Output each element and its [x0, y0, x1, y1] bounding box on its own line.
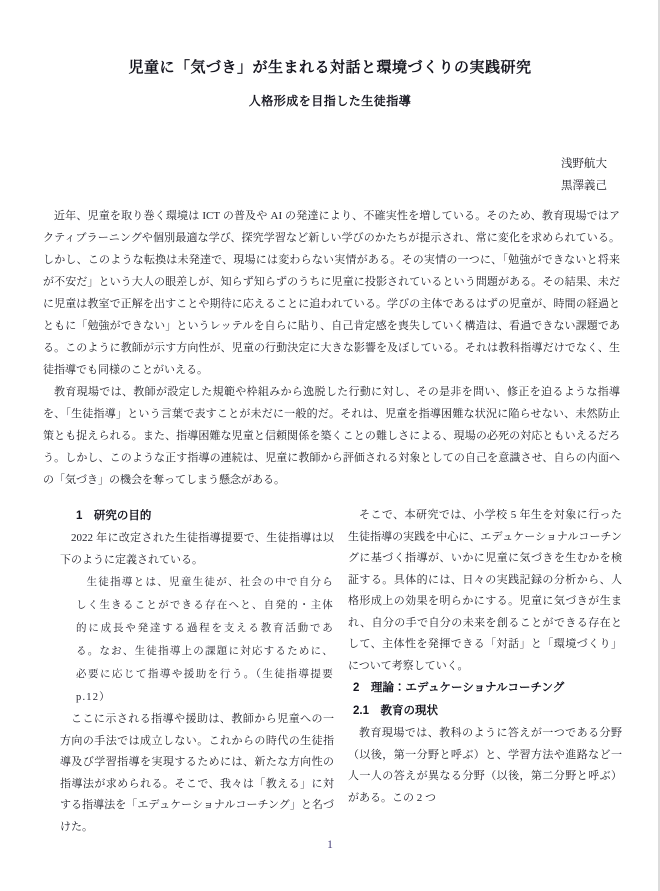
paper-page: 児童に「気づき」が生まれる対話と環境づくりの実践研究 人格形成を目指した生徒指導… — [0, 0, 660, 891]
page-number: 1 — [0, 839, 660, 851]
body-paragraph: 2022 年に改定された生徒指導提要で、生徒指導は以下のように定義されている。 — [60, 528, 334, 571]
body-paragraph: ここに示される指導や援助は、教師から児童への一方向の手法では成立しない。これから… — [60, 709, 334, 838]
left-column: 1 研究の目的 2022 年に改定された生徒指導提要で、生徒指導は以下のように定… — [60, 505, 334, 838]
body-paragraph: 教育現場では、教科のように答えが一つである分野（以後，第一分野と呼ぶ）と、学習方… — [348, 723, 622, 809]
intro-paragraph: 教育現場では、教師が設定した規範や枠組みから逸脱した行動に対し、その是非を問い、… — [43, 381, 620, 491]
section-heading-2: 2 理論：エデュケーショナルコーチング — [348, 677, 622, 700]
author-name: 黒澤義己 — [0, 175, 607, 197]
two-column-body: 1 研究の目的 2022 年に改定された生徒指導提要で、生徒指導は以下のように定… — [0, 505, 660, 838]
introduction-block: 近年、児童を取り巻く環境は ICT の普及や AI の発達により、不確実性を増し… — [0, 205, 660, 491]
paper-title: 児童に「気づき」が生まれる対話と環境づくりの実践研究 — [0, 56, 660, 77]
author-block: 浅野航大 黒澤義己 — [0, 153, 660, 197]
intro-paragraph: 近年、児童を取り巻く環境は ICT の普及や AI の発達により、不確実性を増し… — [43, 205, 620, 381]
section-heading-2-1: 2.1 教育の現状 — [348, 700, 622, 723]
right-column: そこで、本研究では、小学校 5 年生を対象に行った生徒指導の実践を中心に、エデュ… — [348, 505, 622, 838]
author-name: 浅野航大 — [0, 153, 607, 175]
section-heading-1: 1 研究の目的 — [60, 505, 334, 528]
blockquote-seitoshidou-teiyou: 生徒指導とは、児童生徒が、社会の中で自分らしく生きることができる存在へと、自発的… — [76, 571, 334, 709]
body-paragraph: そこで、本研究では、小学校 5 年生を対象に行った生徒指導の実践を中心に、エデュ… — [348, 505, 622, 677]
paper-subtitle: 人格形成を目指した生徒指導 — [0, 92, 660, 109]
